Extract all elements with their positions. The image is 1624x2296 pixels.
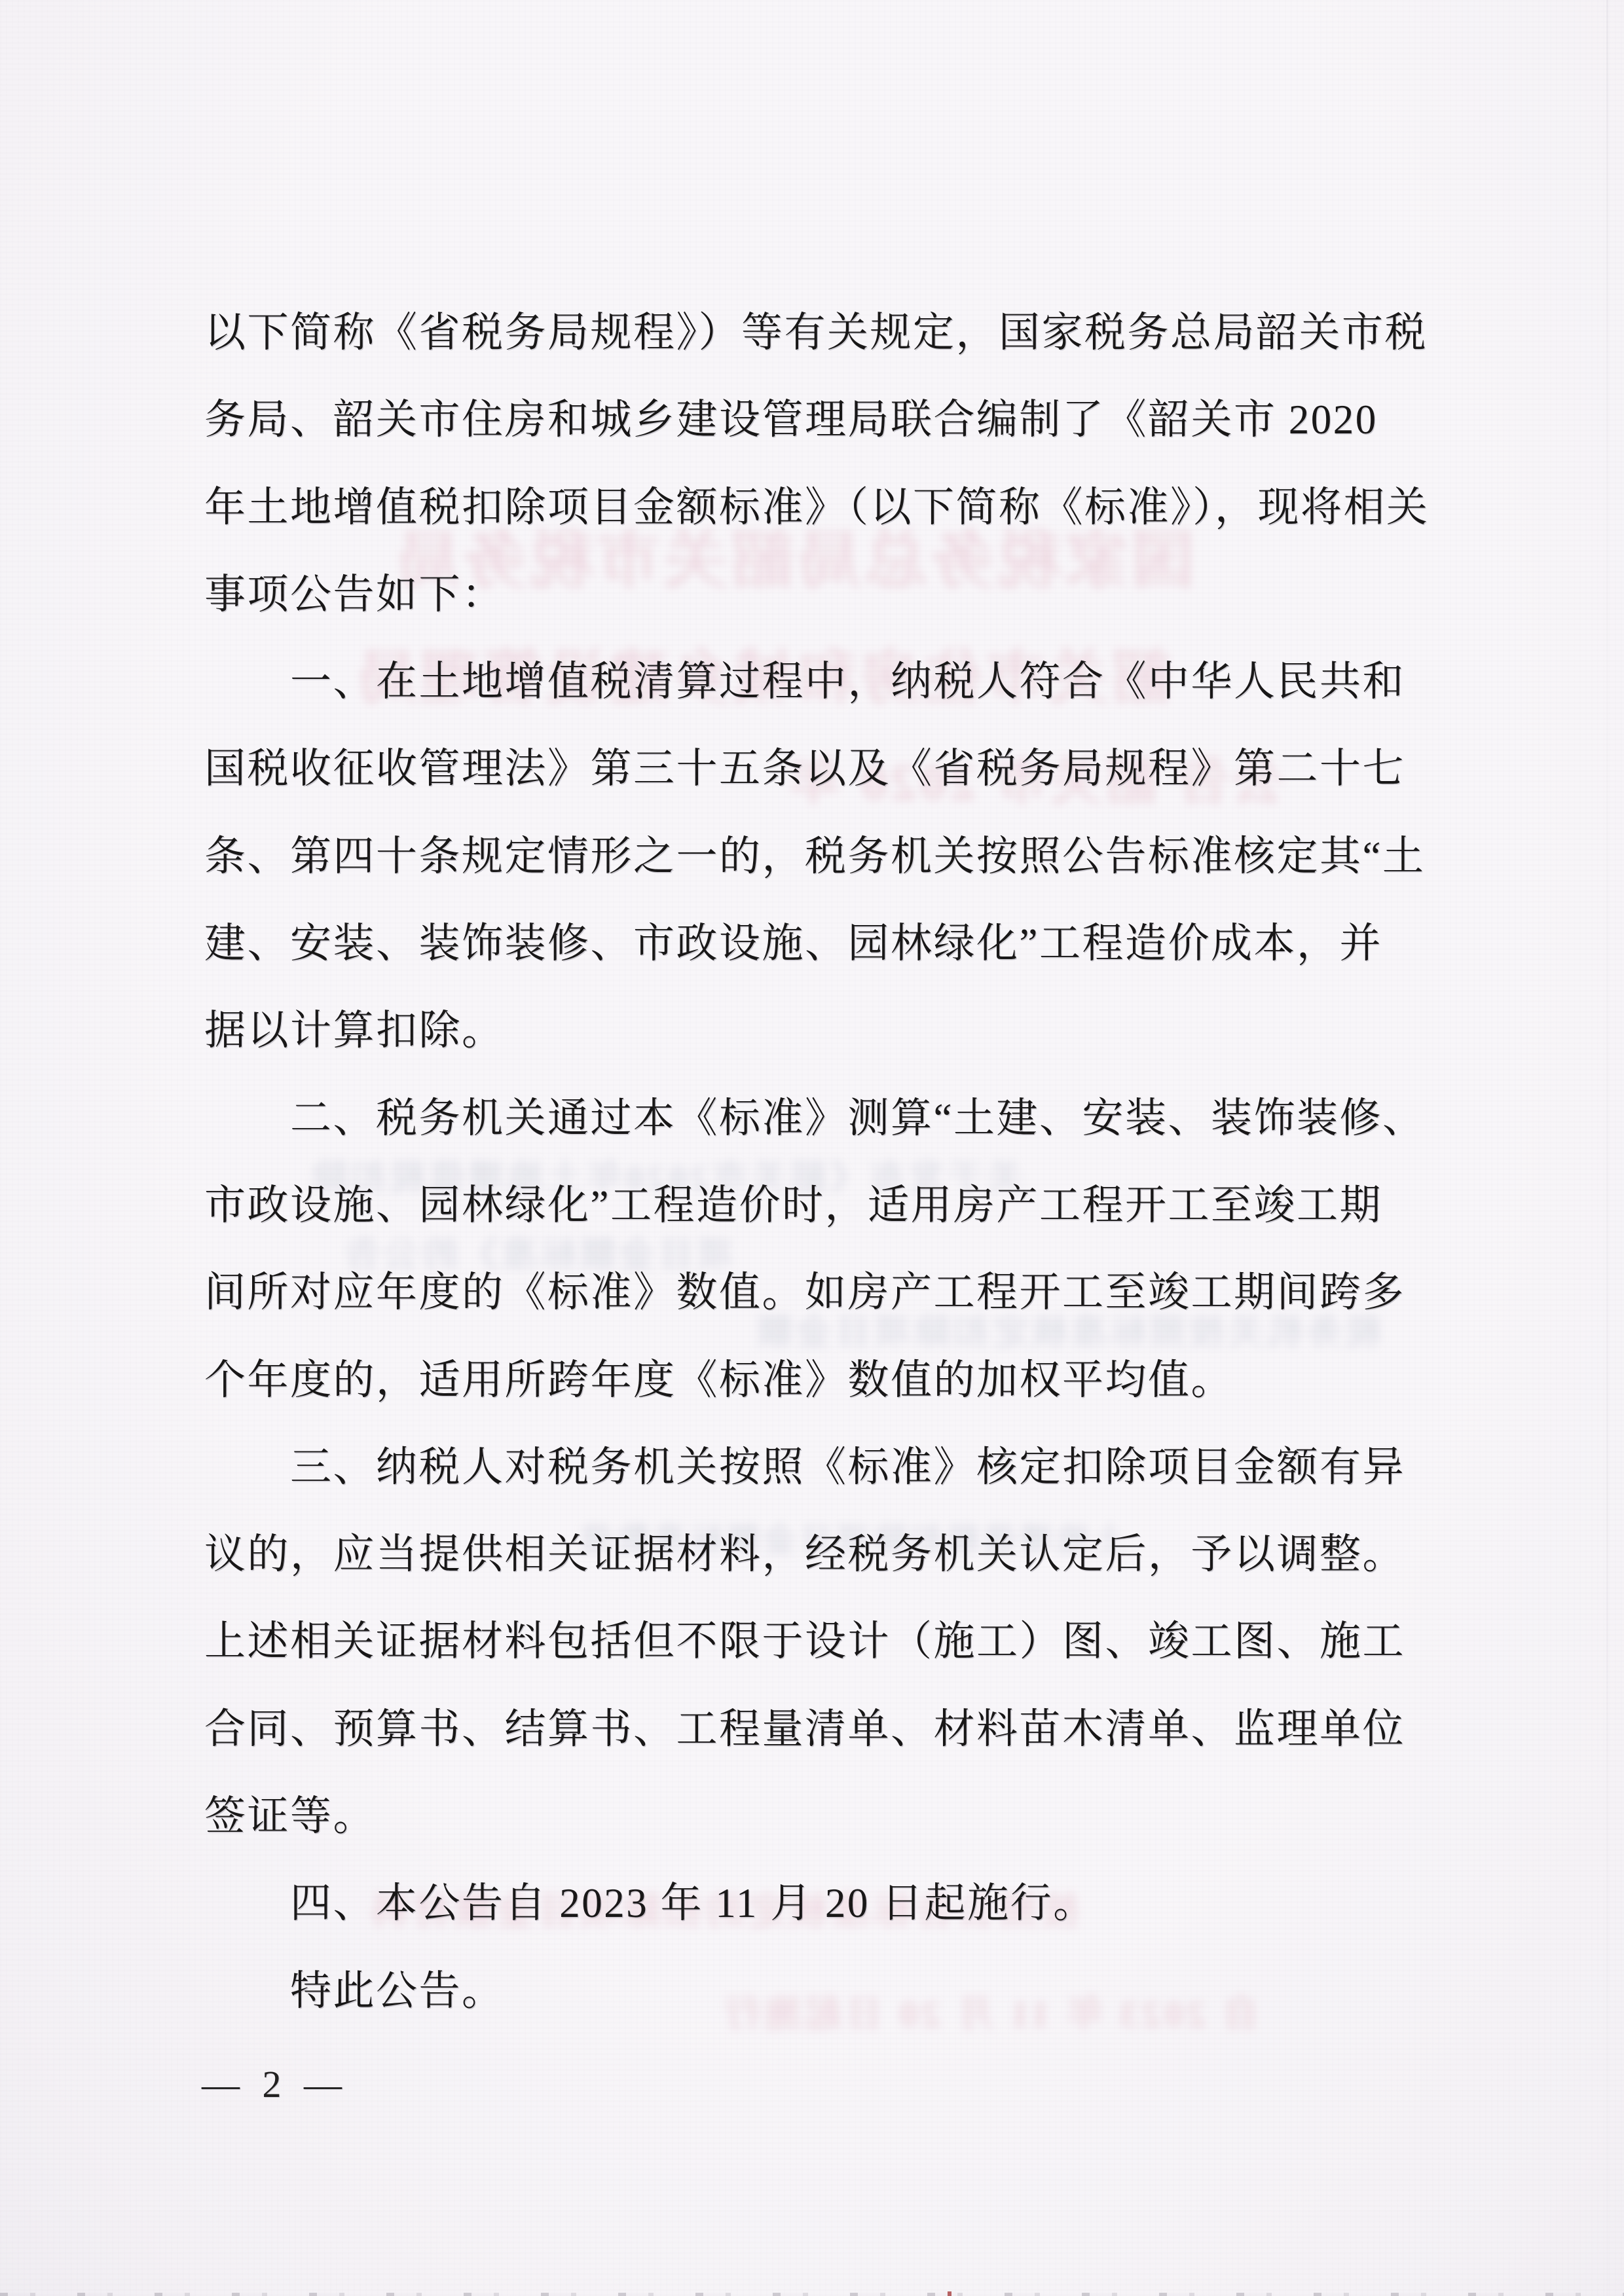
body-line: 据以计算扣除。 [204,987,1412,1074]
document-body: 以下简称《省税务局规程》）等有关规定，国家税务总局韶关市税 务局、韶关市住房和城… [204,289,1412,2035]
body-line-paragraph-1-start: 一、在土地增值税清算过程中，纳税人符合《中华人民共和 [204,638,1412,725]
scan-edge-artifact [0,2293,1624,2296]
page-number: — 2 — [202,2061,348,2108]
body-line: 条、第四十条规定情形之一的，税务机关按照公告标准核定其“土 [204,813,1412,900]
scanned-document-page: 国家税务总局韶关市税务局 韶关市住房和城乡建设管理局 公告 韶关市 2020 年… [0,0,1624,2296]
body-line-paragraph-3-start: 三、纳税人对税务机关按照《标准》核定扣除项目金额有异 [204,1424,1412,1511]
body-line: 市政设施、园林绿化”工程造价时，适用房产工程开工至竣工期 [204,1162,1412,1249]
body-line-closing: 特此公告。 [204,1948,1412,2035]
body-line: 年土地增值税扣除项目金额标准》（以下简称《标准》），现将相关 [204,464,1412,551]
body-line: 事项公告如下： [204,551,1412,638]
body-line: 上述相关证据材料包括但不限于设计（施工）图、竣工图、施工 [204,1598,1412,1685]
body-line: 建、安装、装饰装修、市政设施、园林绿化”工程造价成本，并 [204,900,1412,987]
body-line-paragraph-2-start: 二、税务机关通过本《标准》测算“土建、安装、装饰装修、 [204,1075,1412,1162]
body-line: 议的，应当提供相关证据材料，经税务机关认定后，予以调整。 [204,1511,1412,1598]
scan-edge-red-speck [948,2291,951,2296]
paper-crease-artifact [1606,0,1608,2296]
body-line: 务局、韶关市住房和城乡建设管理局联合编制了《韶关市 2020 [204,376,1412,464]
body-line-paragraph-4-start: 四、本公告自 2023 年 11 月 20 日起施行。 [204,1860,1412,1947]
body-line: 国税收征收管理法》第三十五条以及《省税务局规程》第二十七 [204,725,1412,812]
body-line: 个年度的，适用所跨年度《标准》数值的加权平均值。 [204,1337,1412,1424]
body-line: 以下简称《省税务局规程》）等有关规定，国家税务总局韶关市税 [204,289,1412,376]
body-line: 签证等。 [204,1773,1412,1860]
body-line: 间所对应年度的《标准》数值。如房产工程开工至竣工期间跨多 [204,1249,1412,1336]
body-line: 合同、预算书、结算书、工程量清单、材料苗木清单、监理单位 [204,1686,1412,1773]
